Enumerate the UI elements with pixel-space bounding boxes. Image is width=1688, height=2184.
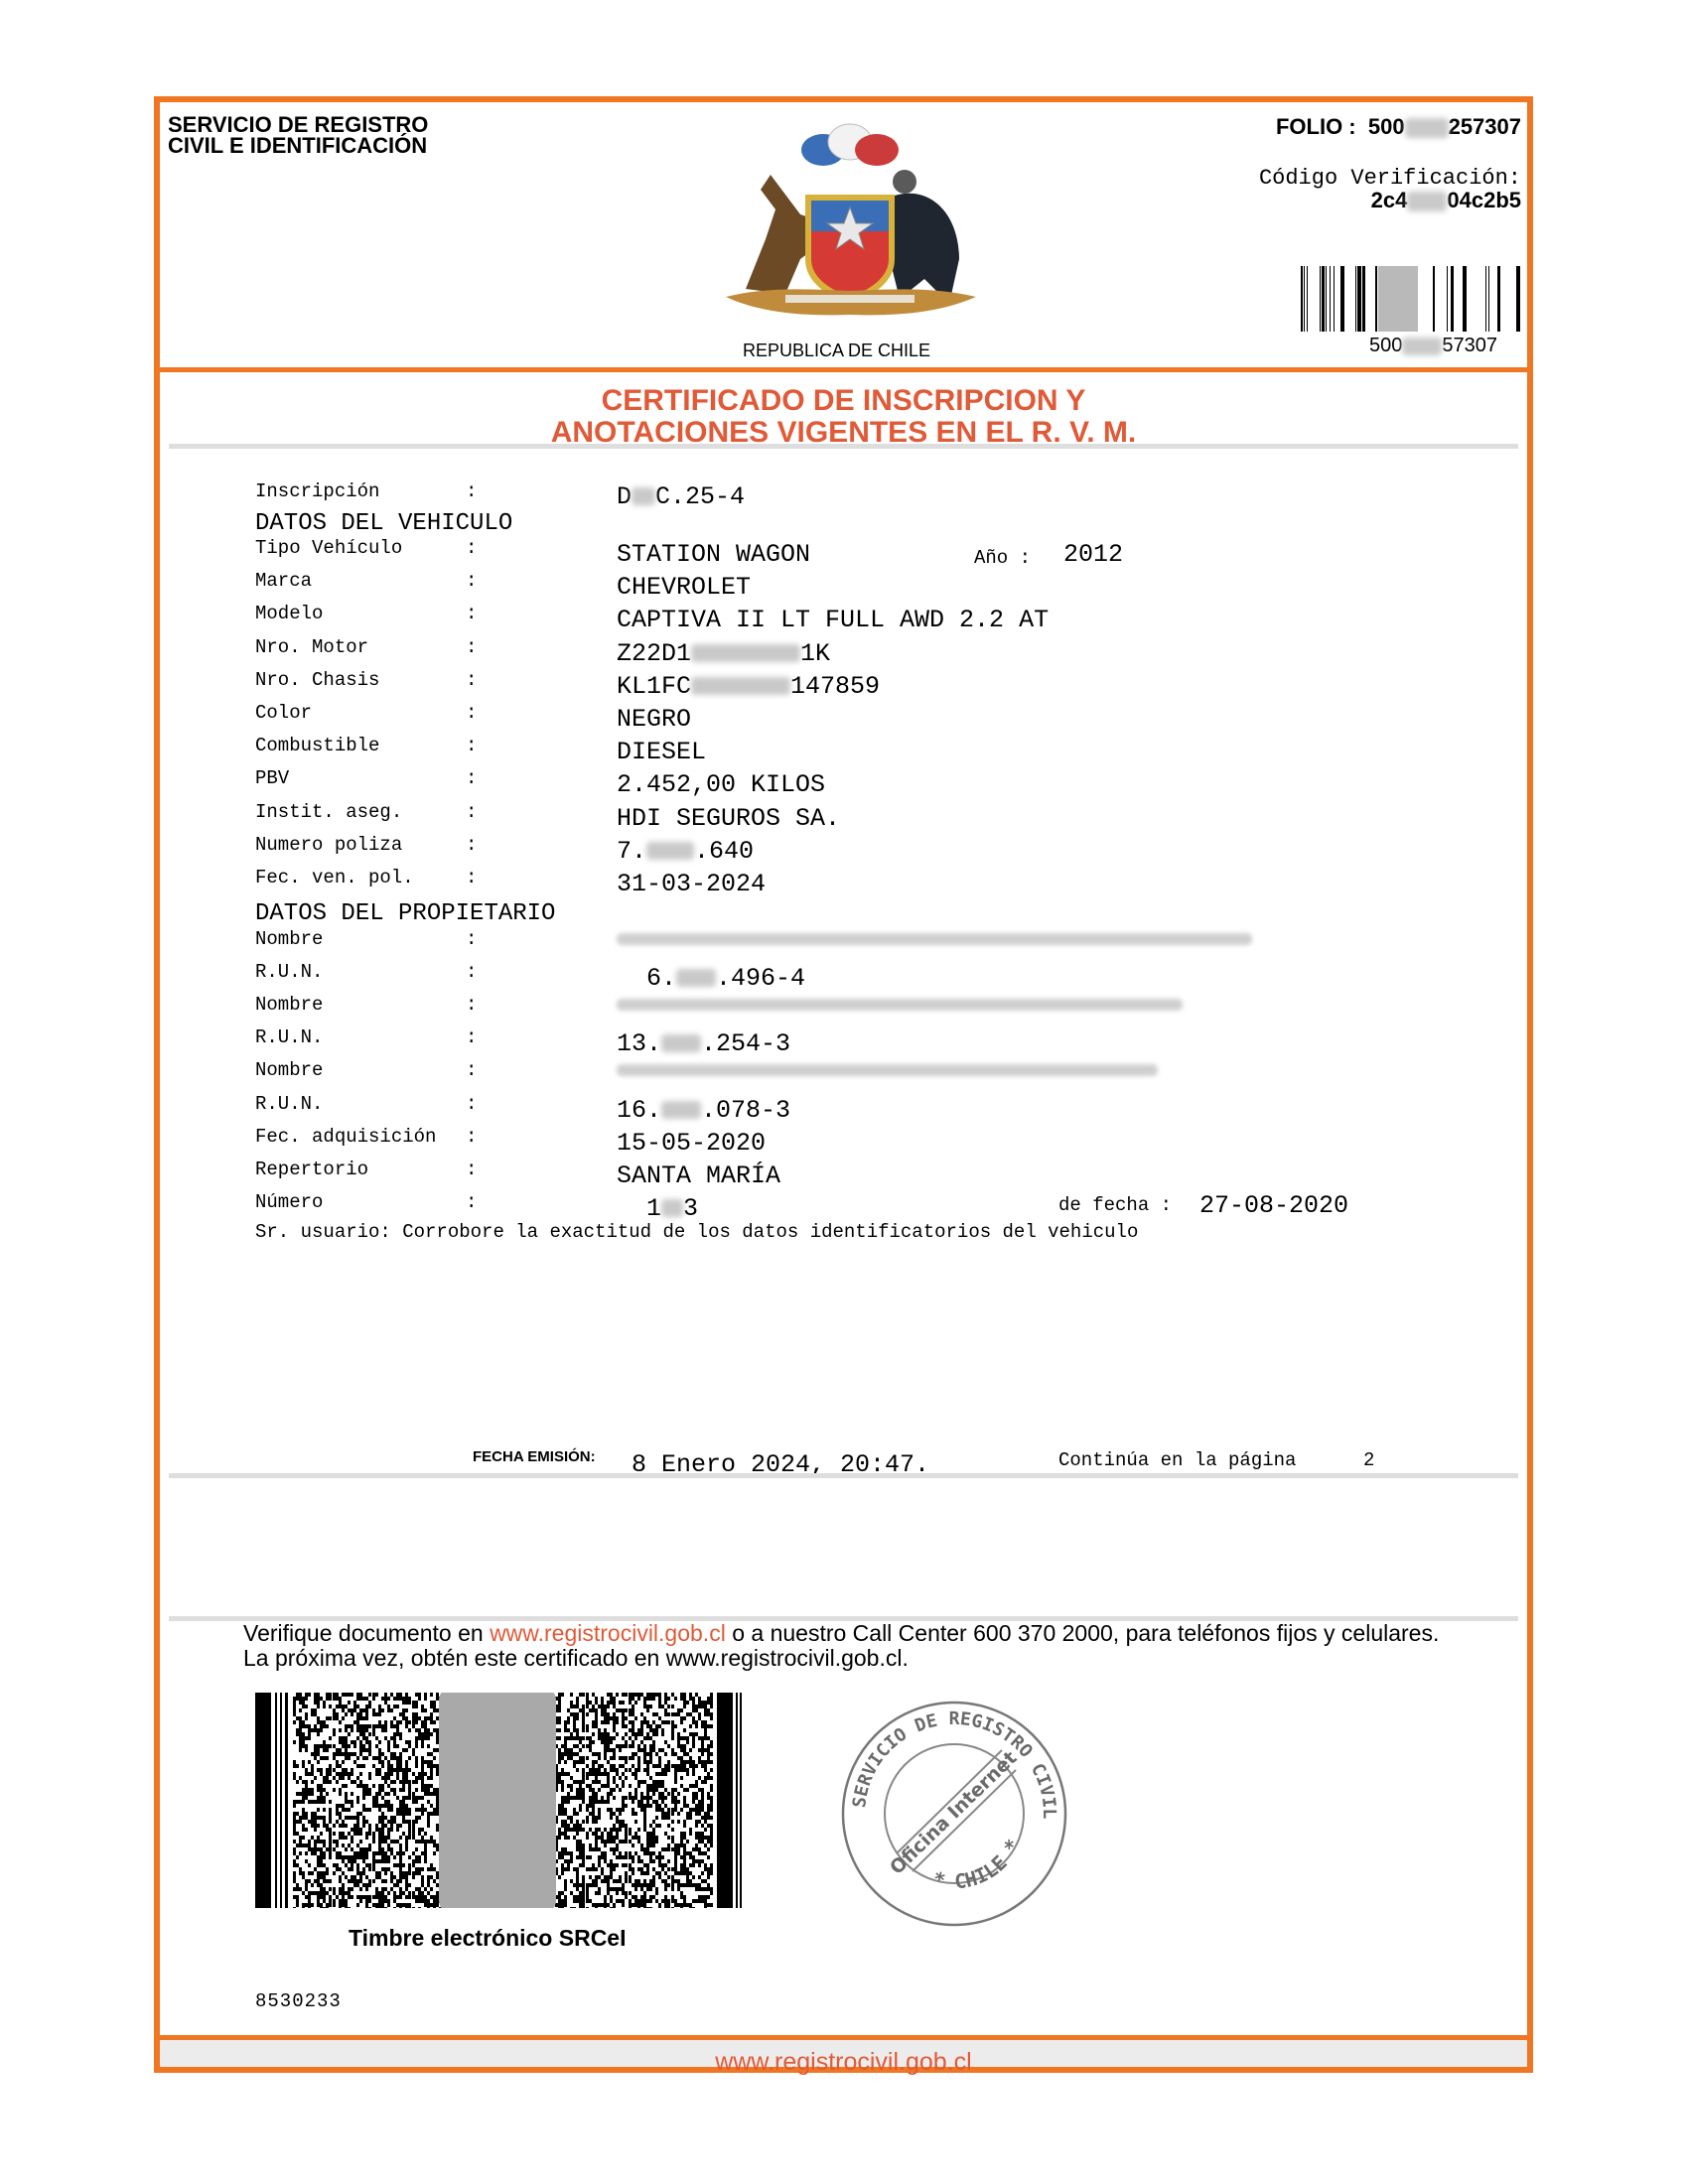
- redacted-owner-name: [617, 1064, 1158, 1076]
- owner-field-value: SANTA MARÍA: [617, 1161, 780, 1190]
- owner-field-colon: :: [466, 1191, 477, 1213]
- owner-field-colon: :: [466, 1159, 477, 1180]
- owner-field-colon: :: [466, 961, 477, 983]
- continues-page: 2: [1363, 1449, 1374, 1471]
- owner-field-label: Nombre: [255, 1059, 323, 1081]
- vehicle-field-label: Fec. ven. pol.: [255, 867, 414, 888]
- fecha-value: 27-08-2020: [1199, 1191, 1348, 1220]
- redacted-owner-name: [617, 999, 1183, 1011]
- owner-field-label: R.U.N.: [255, 961, 323, 983]
- barcode-number: 50057307: [1369, 335, 1497, 357]
- vehicle-field-label: Color: [255, 702, 312, 724]
- owner-field-value: 13..254-3: [617, 1029, 790, 1058]
- inscripcion-value: DC.25-4: [617, 482, 745, 511]
- owner-field-label: Fec. adquisición: [255, 1126, 436, 1148]
- inscripcion-label: Inscripción: [255, 480, 379, 502]
- verification-instructions: Verifique documento en www.registrocivil…: [243, 1621, 1465, 1671]
- vehicle-field-value: 2.452,00 KILOS: [617, 770, 825, 799]
- folio-number: FOLIO : 500257307: [1276, 114, 1521, 140]
- electronic-stamp-barcode: [255, 1693, 742, 1908]
- vehicle-field-label: Combustible: [255, 735, 379, 756]
- redacted-block: [632, 487, 655, 505]
- vehicle-field-value: KL1FC147859: [617, 672, 880, 701]
- vehicle-field-label: Numero poliza: [255, 834, 402, 856]
- vehicle-field-label: Instit. aseg.: [255, 801, 402, 823]
- redacted-block: [646, 842, 694, 860]
- vehicle-section-title: DATOS DEL VEHICULO: [255, 510, 512, 537]
- redacted-block: [661, 1034, 701, 1052]
- redacted-block: [661, 1199, 683, 1217]
- owner-field-value: 16..078-3: [617, 1096, 790, 1125]
- vehicle-field-value: Z22D11K: [617, 639, 830, 668]
- vehicle-field-value: STATION WAGON: [617, 540, 810, 569]
- year-label: Año :: [974, 547, 1031, 569]
- vehicle-field-label: Nro. Motor: [255, 636, 368, 658]
- svg-text:SERVICIO DE REGISTRO CIVIL E I: SERVICIO DE REGISTRO CIVIL E IDENTIFICAC…: [835, 1695, 1059, 1819]
- redacted-block: [691, 677, 790, 695]
- owner-field-label: Número: [255, 1191, 323, 1213]
- republic-label: REPUBLICA DE CHILE: [743, 341, 930, 361]
- vehicle-field-label: Nro. Chasis: [255, 669, 379, 691]
- certificate-frame: SERVICIO DE REGISTRO CIVIL E IDENTIFICAC…: [154, 96, 1533, 2073]
- owner-field-colon: :: [466, 1126, 477, 1148]
- owner-field-colon: :: [466, 994, 477, 1016]
- vehicle-field-colon: :: [466, 735, 477, 756]
- title-divider: [169, 444, 1518, 449]
- vehicle-field-colon: :: [466, 669, 477, 691]
- svg-text:* CHILE *: * CHILE *: [930, 1836, 1025, 1894]
- redacted-block: [1402, 338, 1442, 355]
- folio-barcode: [1301, 266, 1521, 332]
- owner-field-colon: :: [466, 1026, 477, 1048]
- vehicle-field-value: HDI SEGUROS SA.: [617, 804, 840, 833]
- owner-field-value: 13: [617, 1194, 698, 1223]
- vehicle-field-colon: :: [466, 801, 477, 823]
- vehicle-field-label: Modelo: [255, 603, 323, 624]
- vehicle-field-colon: :: [466, 570, 477, 592]
- continues-label: Continúa en la página: [1058, 1449, 1296, 1471]
- vehicle-field-label: Tipo Vehículo: [255, 537, 402, 559]
- header-divider: [160, 367, 1527, 372]
- owner-section-title: DATOS DEL PROPIETARIO: [255, 900, 555, 927]
- document-code: 8530233: [255, 1990, 342, 2012]
- registro-civil-link[interactable]: www.registrocivil.gob.cl: [490, 1620, 726, 1646]
- owner-field-label: Nombre: [255, 928, 323, 950]
- owner-field-value: 15-05-2020: [617, 1129, 766, 1158]
- vehicle-field-colon: :: [466, 867, 477, 888]
- redacted-block: [1405, 118, 1449, 138]
- vehicle-field-label: Marca: [255, 570, 312, 592]
- owner-field-colon: :: [466, 1059, 477, 1081]
- chile-coat-of-arms-icon: [706, 120, 994, 329]
- emission-label: FECHA EMISIÓN:: [473, 1448, 596, 1465]
- vehicle-field-value: DIESEL: [617, 738, 706, 766]
- document-title: CERTIFICADO DE INSCRIPCION Y ANOTACIONES…: [160, 385, 1527, 449]
- vehicle-field-value: 31-03-2024: [617, 870, 766, 898]
- redacted-block: [676, 969, 716, 987]
- vehicle-field-value: CHEVROLET: [617, 573, 751, 602]
- redacted-block: [1407, 192, 1447, 211]
- owner-field-colon: :: [466, 928, 477, 950]
- owner-field-label: R.U.N.: [255, 1093, 323, 1115]
- vehicle-field-label: PBV: [255, 767, 289, 789]
- year-value: 2012: [1063, 540, 1123, 569]
- issuer-name: SERVICIO DE REGISTRO CIVIL E IDENTIFICAC…: [168, 114, 428, 156]
- owner-field-label: Repertorio: [255, 1159, 368, 1180]
- vehicle-field-colon: :: [466, 636, 477, 658]
- vehicle-field-value: 7..640: [617, 837, 754, 866]
- oficina-internet-seal-icon: SERVICIO DE REGISTRO CIVIL E IDENTIFICAC…: [835, 1695, 1073, 1933]
- vehicle-field-colon: :: [466, 537, 477, 559]
- redacted-block: [661, 1101, 701, 1119]
- vehicle-field-value: CAPTIVA II LT FULL AWD 2.2 AT: [617, 606, 1049, 634]
- vehicle-field-colon: :: [466, 767, 477, 789]
- owner-field-label: R.U.N.: [255, 1026, 323, 1048]
- vehicle-field-colon: :: [466, 702, 477, 724]
- redacted-owner-name: [617, 933, 1252, 945]
- footer-band: www.registrocivil.gob.cl: [160, 2035, 1527, 2067]
- electronic-stamp-label: Timbre electrónico SRCeI: [349, 1925, 627, 1952]
- emission-divider: [169, 1473, 1518, 1478]
- owner-field-colon: :: [466, 1093, 477, 1115]
- vehicle-field-colon: :: [466, 834, 477, 856]
- footer-link[interactable]: www.registrocivil.gob.cl: [160, 2048, 1527, 2077]
- fecha-label: de fecha :: [1058, 1194, 1172, 1216]
- verification-code: 2c404c2b5: [1371, 188, 1521, 213]
- user-notice: Sr. usuario: Corrobore la exactitud de l…: [255, 1221, 1138, 1243]
- inscripcion-colon: :: [466, 480, 477, 502]
- vehicle-field-value: NEGRO: [617, 705, 691, 734]
- owner-field-label: Nombre: [255, 994, 323, 1016]
- redacted-block: [691, 644, 800, 662]
- vehicle-field-colon: :: [466, 603, 477, 624]
- owner-field-value: 6..496-4: [617, 964, 805, 993]
